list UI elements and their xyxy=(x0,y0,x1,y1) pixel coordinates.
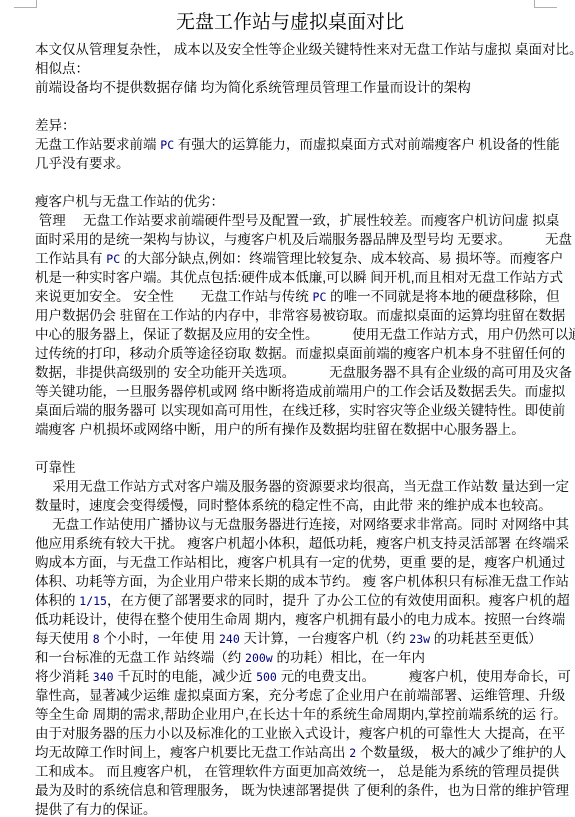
text-line: 他应用系统有较大干扰。 瘦客户机超小体积，超低功耗，瘦客户机支持灵活部署 在终端… xyxy=(35,534,575,553)
text-line: 低功耗设计，使得在整个使用生命周 期内，瘦客户机拥有最小的电力成本。按照一台终端 xyxy=(35,610,575,629)
text-line: 机是一种实时客户端。其优点包括:硬件成本低廉,可以瞬 间开机,而且相对无盘工作站… xyxy=(35,268,575,287)
text-line: 无盘工作站要求前端 PC 有强大的运算能力，而虚拟桌面方式对前端瘦客户 机设备的… xyxy=(35,135,575,154)
text-line: 每天使用 8 个小时，一年使 用 240 天计算，一台瘦客户机（约 23w 的功… xyxy=(35,629,575,648)
margin-crop-mark-top-left-vertical xyxy=(36,0,37,8)
latin-text: 200w xyxy=(245,651,273,665)
text-line: 体积、功耗等方面，为企业用户带来长期的成本节约。 瘦 客户机体积只有标准无盘工作… xyxy=(35,572,575,591)
latin-text: 500 xyxy=(256,670,277,684)
latin-text: 240 xyxy=(219,632,240,646)
text-line: 面时采用的是统一架构与协议，与瘦客户机及后端服务器品牌及型号均 无要求。 无盘 xyxy=(35,230,575,249)
text-line: 购成本方面，与无盘工作站相比，瘦客户机具有一定的优势，更重 要的是，瘦客户机通过 xyxy=(35,553,575,572)
text-line: 几乎没有要求。 xyxy=(35,154,575,173)
text-line: 工作站具有 PC 的大部分缺点,例如：终端管理比较复杂、成本较高、易 损坏等。而… xyxy=(35,249,575,268)
text-line: 本文仅从管理复杂性， 成本以及安全性等企业级关键特性来对无盘工作站与虚拟 桌面对… xyxy=(35,40,575,59)
latin-text: 8 xyxy=(93,632,100,646)
text-line: 管理 无盘工作站要求前端硬件型号及配置一致，扩展性较差。而瘦客户机访问虚 拟桌 xyxy=(35,211,575,230)
text-line: 和一台标准的无盘工作 站终端（约 200w 的功耗）相比，在一年内 xyxy=(35,648,575,667)
margin-crop-mark-top-right-horizontal xyxy=(534,7,557,8)
latin-text: 23w xyxy=(409,632,430,646)
text-line: 数量时，速度会变得缓慢，同时整体系统的稳定性不高，由此带 来的维护成本也较高。 xyxy=(35,496,575,515)
text-line: 将少消耗 340 千瓦时的电能，减少近 500 元的电费支出。 瘦客户机，使用寿… xyxy=(35,667,575,686)
text-line: 靠性高，显著减少运维 虚拟桌面方案，充分考虑了企业用户在前端部署、运维管理、升级 xyxy=(35,686,575,705)
text-line: 相似点： xyxy=(35,59,575,78)
text-line: 体积的 1/15，在方便了部署要求的同时，提升 了办公工位的有效使用面积。瘦客户… xyxy=(35,591,575,610)
text-line: 均无故障工作时间上，瘦客户机要比无盘工作站高出 2 个数量级， 极大的减少了维护… xyxy=(35,743,575,762)
latin-text: PC xyxy=(106,252,120,266)
text-line: 可靠性 xyxy=(35,458,575,477)
latin-text: 340 xyxy=(93,670,114,684)
text-line: 瘦客户机与无盘工作站的优劣： xyxy=(35,192,575,211)
text-line: 端瘦客 户机损坏或网络中断，用户的所有操作及数据均驻留在数据中心服务器上。 xyxy=(35,420,575,439)
text-line: 由于对服务器的压力小以及标准化的工业嵌入式设计，瘦客户机的可靠性大 大提高，在平 xyxy=(35,724,575,743)
latin-text: PC xyxy=(160,138,174,152)
latin-text: 2 xyxy=(349,746,356,760)
text-line xyxy=(35,173,575,192)
margin-crop-mark-top-right-vertical xyxy=(534,0,535,8)
latin-text: PC xyxy=(313,290,327,304)
text-line: 过传统的打印，移动介质等途径窃取 数据。而虚拟桌面前端的瘦客户机本身不驻留任何的 xyxy=(35,344,575,363)
document-title: 无盘工作站与虚拟桌面对比 xyxy=(35,11,545,35)
text-line: 桌面后端的服务器可 以实现如高可用性，在线迁移，实时容灾等企业级关键特性。即使前 xyxy=(35,401,575,420)
text-line: 前端设备均不提供数据存储 均为简化系统管理员管理工作量而设计的架构 xyxy=(35,78,575,97)
text-line: 采用无盘工作站方式对客户端及服务器的资源要求均很高，当无盘工作站数 量达到一定 xyxy=(35,477,575,496)
document-body: 本文仅从管理复杂性， 成本以及安全性等企业级关键特性来对无盘工作站与虚拟 桌面对… xyxy=(35,40,575,817)
text-line: 用户数据仍会 驻留在工作站的内存中，非常容易被窃取。而虚拟桌面的运算均驻留在数据 xyxy=(35,306,575,325)
text-line: 工和成本。 而且瘦客户机， 在管理软件方面更加高效统一， 总是能为系统的管理员提… xyxy=(35,762,575,781)
text-line: 差异： xyxy=(35,116,575,135)
text-line xyxy=(35,97,575,116)
text-line: 最为及时的系统信息和管理服务， 既为快速部署提供 了便利的条件，也为日常的维护管… xyxy=(35,781,575,800)
text-line: 提供了有力的保证。 xyxy=(35,800,575,817)
text-line: 等关键功能，一旦服务器停机或网 络中断将造成前端用户的工作会话及数据丢失。而虚拟 xyxy=(35,382,575,401)
document-page: 无盘工作站与虚拟桌面对比 本文仅从管理复杂性， 成本以及安全性等企业级关键特性来… xyxy=(0,0,575,817)
text-line xyxy=(35,439,575,458)
text-line: 无盘工作站使用广播协议与无盘服务器进行连接，对网络要求非常高。同时 对网络中其 xyxy=(35,515,575,534)
text-line: 中心的服务器上，保证了数据及应用的安全性。 使用无盘工作站方式，用户仍然可以通 xyxy=(35,325,575,344)
text-line: 来说更加安全。 安全性 无盘工作站与传统 PC 的唯一不同就是将本地的硬盘移除，… xyxy=(35,287,575,306)
text-line: 等全生命 周期的需求,帮助企业用户,在长达十年的系统生命周期内,掌控前端系统的运… xyxy=(35,705,575,724)
margin-crop-mark-top-left-horizontal xyxy=(14,7,37,8)
text-line: 数据，非提供高级别的 安全功能开关选项。 无盘服务器不具有企业级的高可用及灾备 xyxy=(35,363,575,382)
latin-text: 1/15 xyxy=(79,594,107,608)
